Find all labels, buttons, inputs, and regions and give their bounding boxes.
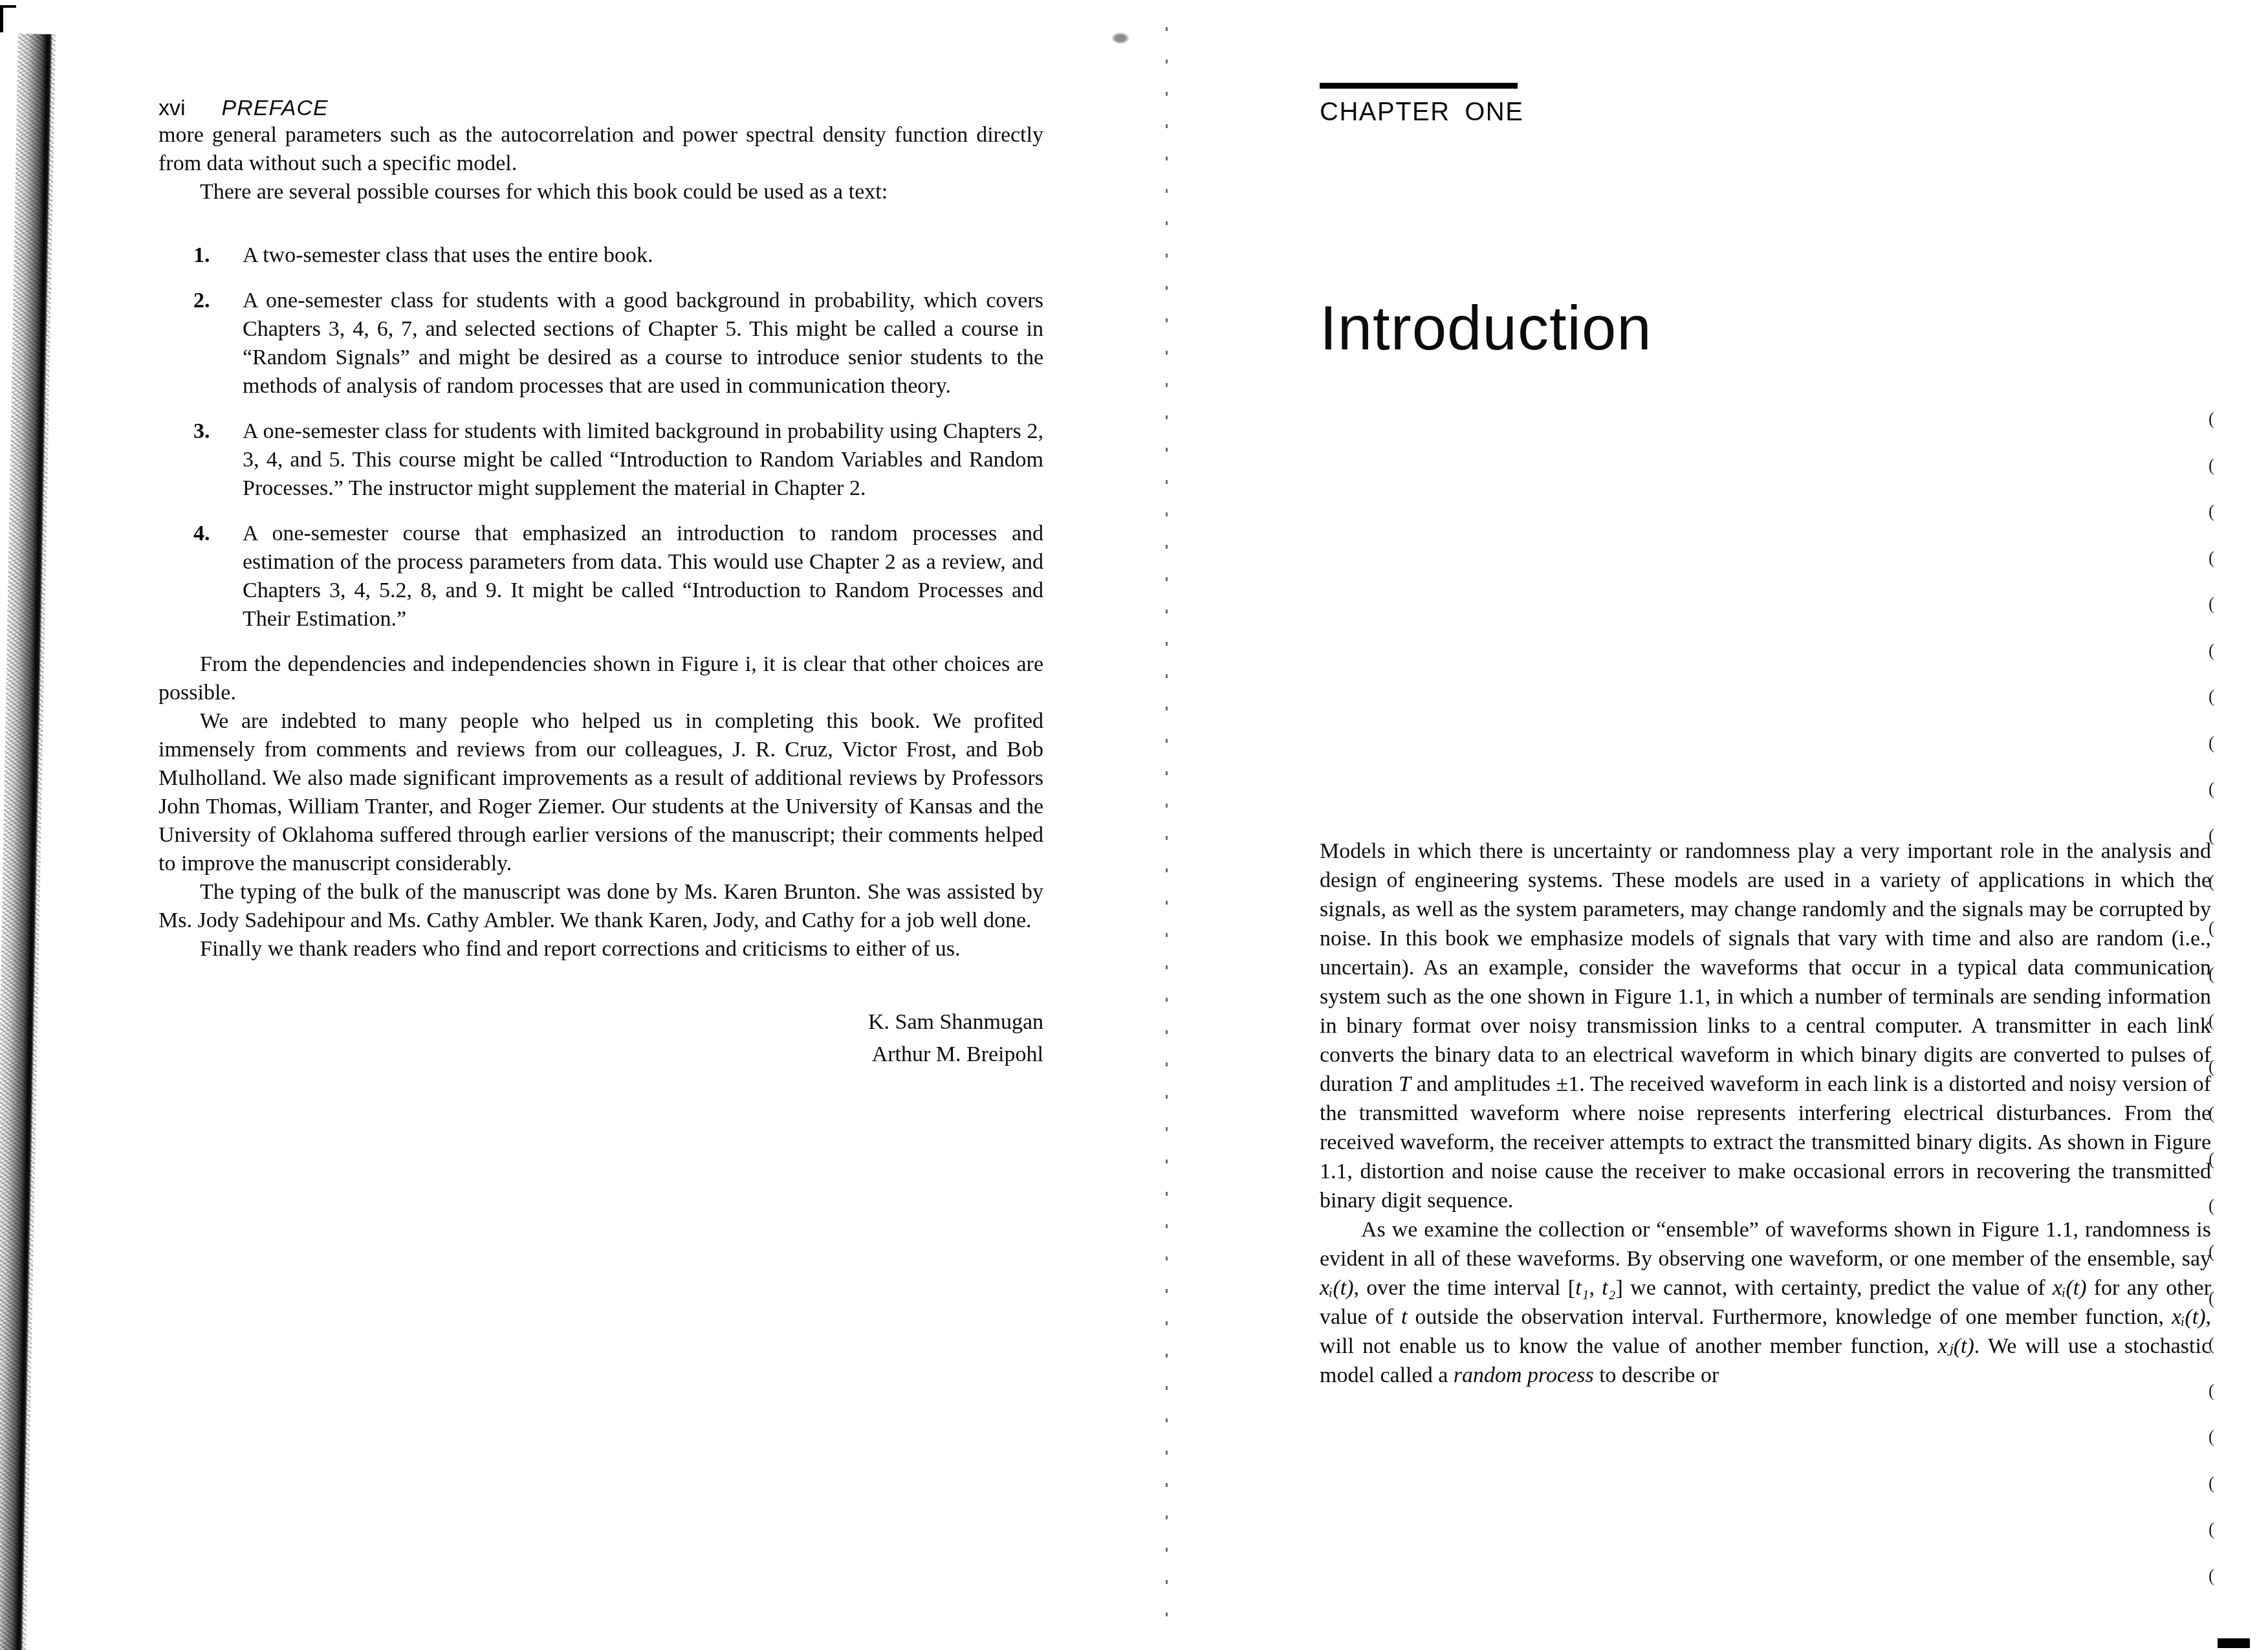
list-item: 2. A one-semester class for students wit… [158,287,1043,401]
right-page-chapter-one: CHAPTER ONE Introduction Models in which… [1320,83,2211,1390]
signature-author-2: Arthur M. Breipohl [158,1039,1043,1071]
chapter-label: CHAPTER ONE [1320,96,2211,127]
list-item-text: A one-semester class for students with a… [243,287,1043,401]
gutter-artifact-line [1166,27,1168,1631]
paragraph-dependencies: From the dependencies and independencies… [158,650,1043,707]
paragraph-ensemble: As we examine the collection or “ensembl… [1320,1215,2211,1390]
list-item: 1. A two-semester class that uses the en… [158,241,1043,270]
chapter-title: Introduction [1320,294,2211,362]
paragraph-typing: The typing of the bulk of the manuscript… [158,878,1043,935]
author-signature-block: K. Sam Shanmugan Arthur M. Breipohl [158,1006,1043,1071]
paragraph-finally: Finally we thank readers who find and re… [158,935,1043,963]
scan-corner-mark [0,5,16,32]
chapter-body: Models in which there is uncertainty or … [1320,837,2211,1390]
page-number: xvi [158,96,186,121]
paragraph-intro-1: more general parameters such as the auto… [158,121,1043,178]
running-head-title: PREFACE [222,96,329,121]
scanned-book-spread: { "left_page": { "page_number": "xvi", "… [0,0,2268,1650]
list-item-number: 4. [193,520,243,633]
signature-author-1: K. Sam Shanmugan [158,1006,1043,1039]
list-item-text: A two-semester class that uses the entir… [243,241,1043,270]
list-item-text: A one-semester course that emphasized an… [243,520,1043,633]
scan-edge-shadow [0,34,56,1650]
book-spread: (((((((((((((((((((((((((( xvi PREFACE m… [0,0,2268,1650]
list-item-number: 1. [193,241,243,270]
list-item-number: 2. [193,287,243,401]
gutter-smudge [1111,32,1129,44]
scan-corner-bar [2218,1638,2250,1648]
list-item: 4. A one-semester course that emphasized… [158,520,1043,633]
running-header: xvi PREFACE [158,96,1043,121]
course-options-list: 1. A two-semester class that uses the en… [158,241,1043,633]
left-page-preface: xvi PREFACE more general parameters such… [158,96,1043,1071]
list-item-text: A one-semester class for students with l… [243,417,1043,503]
list-item-number: 3. [193,417,243,503]
list-item: 3. A one-semester class for students wit… [158,417,1043,503]
paragraph-indebted: We are indebted to many people who helpe… [158,707,1043,878]
paragraph-intro-2: There are several possible courses for w… [158,178,1043,206]
chapter-heading-rule [1320,83,1518,89]
preface-body: more general parameters such as the auto… [158,121,1043,1071]
paragraph-models: Models in which there is uncertainty or … [1320,837,2211,1215]
